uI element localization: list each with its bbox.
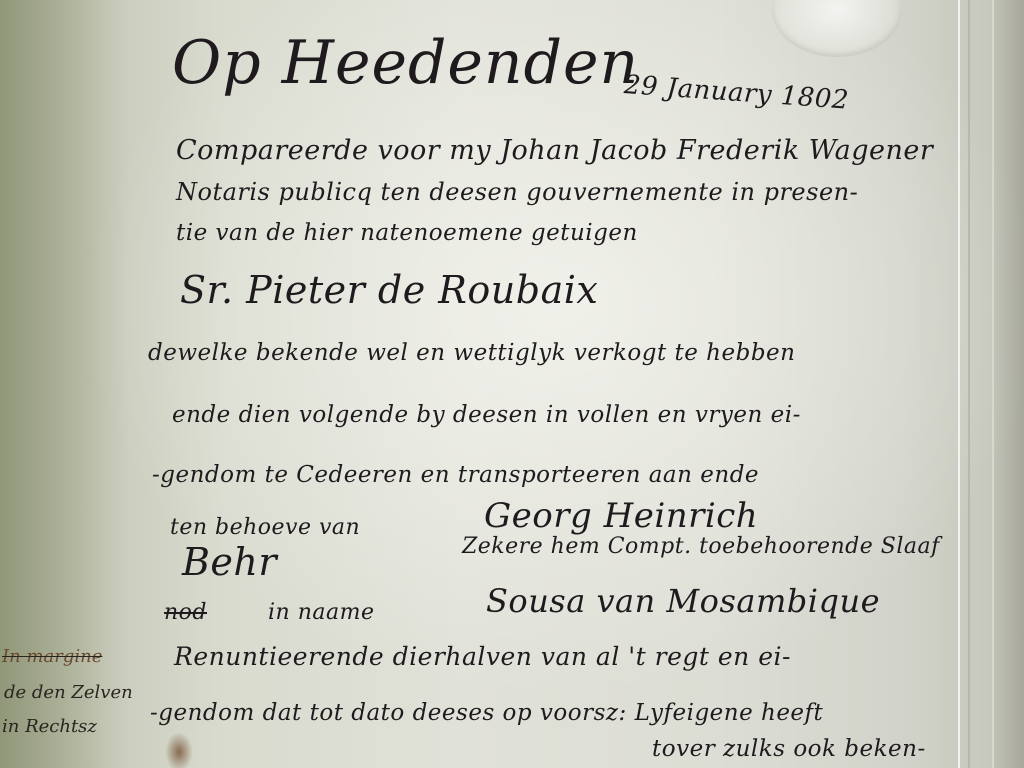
margin-note: In margine	[2, 646, 102, 667]
text-line: ende dien volgende by deesen in vollen e…	[172, 402, 801, 428]
enslaved-person-name: Sousa van Mosambique	[486, 582, 880, 620]
struck-word: nod	[164, 600, 207, 625]
page-edge	[968, 0, 970, 768]
text-line: Notaris publicq ten deesen gouvernemente…	[176, 178, 858, 206]
page-edge	[958, 0, 960, 768]
buyer-name: Georg Heinrich	[484, 496, 758, 536]
seller-name: Sr. Pieter de Roubaix	[180, 268, 598, 312]
deed-heading: Op Heedenden	[172, 28, 639, 98]
margin-note: in Rechtsz	[2, 716, 97, 737]
text-line: -gendom dat tot dato deeses op voorsz: L…	[150, 700, 823, 726]
text-line: Renuntieerende dierhalven van al 't regt…	[174, 642, 791, 671]
page-stack-edge	[992, 0, 1024, 768]
document-photo: Op Heedenden 29 January 1802 Compareerde…	[0, 0, 1024, 768]
text-line: Zekere hem Compt. toebehoorende Slaaf	[462, 534, 940, 559]
text-line: tie van de hier natenoemene getuigen	[176, 220, 638, 246]
ink-stain	[165, 732, 193, 768]
text-line: -gendom te Cedeeren en transporteeren aa…	[152, 462, 759, 488]
text-line: dewelke bekende wel en wettiglyk verkogt…	[148, 340, 795, 366]
embossed-seal	[772, 0, 902, 57]
text-line: in naame	[268, 600, 374, 625]
buyer-surname: Behr	[182, 540, 277, 584]
text-line: ten behoeve van	[170, 515, 360, 540]
text-line: tover zulks ook beken-	[652, 736, 926, 762]
margin-note: de den Zelven	[4, 682, 133, 703]
text-line: Compareerde voor my Johan Jacob Frederik…	[176, 135, 933, 166]
deed-date: 29 January 1802	[623, 70, 850, 116]
